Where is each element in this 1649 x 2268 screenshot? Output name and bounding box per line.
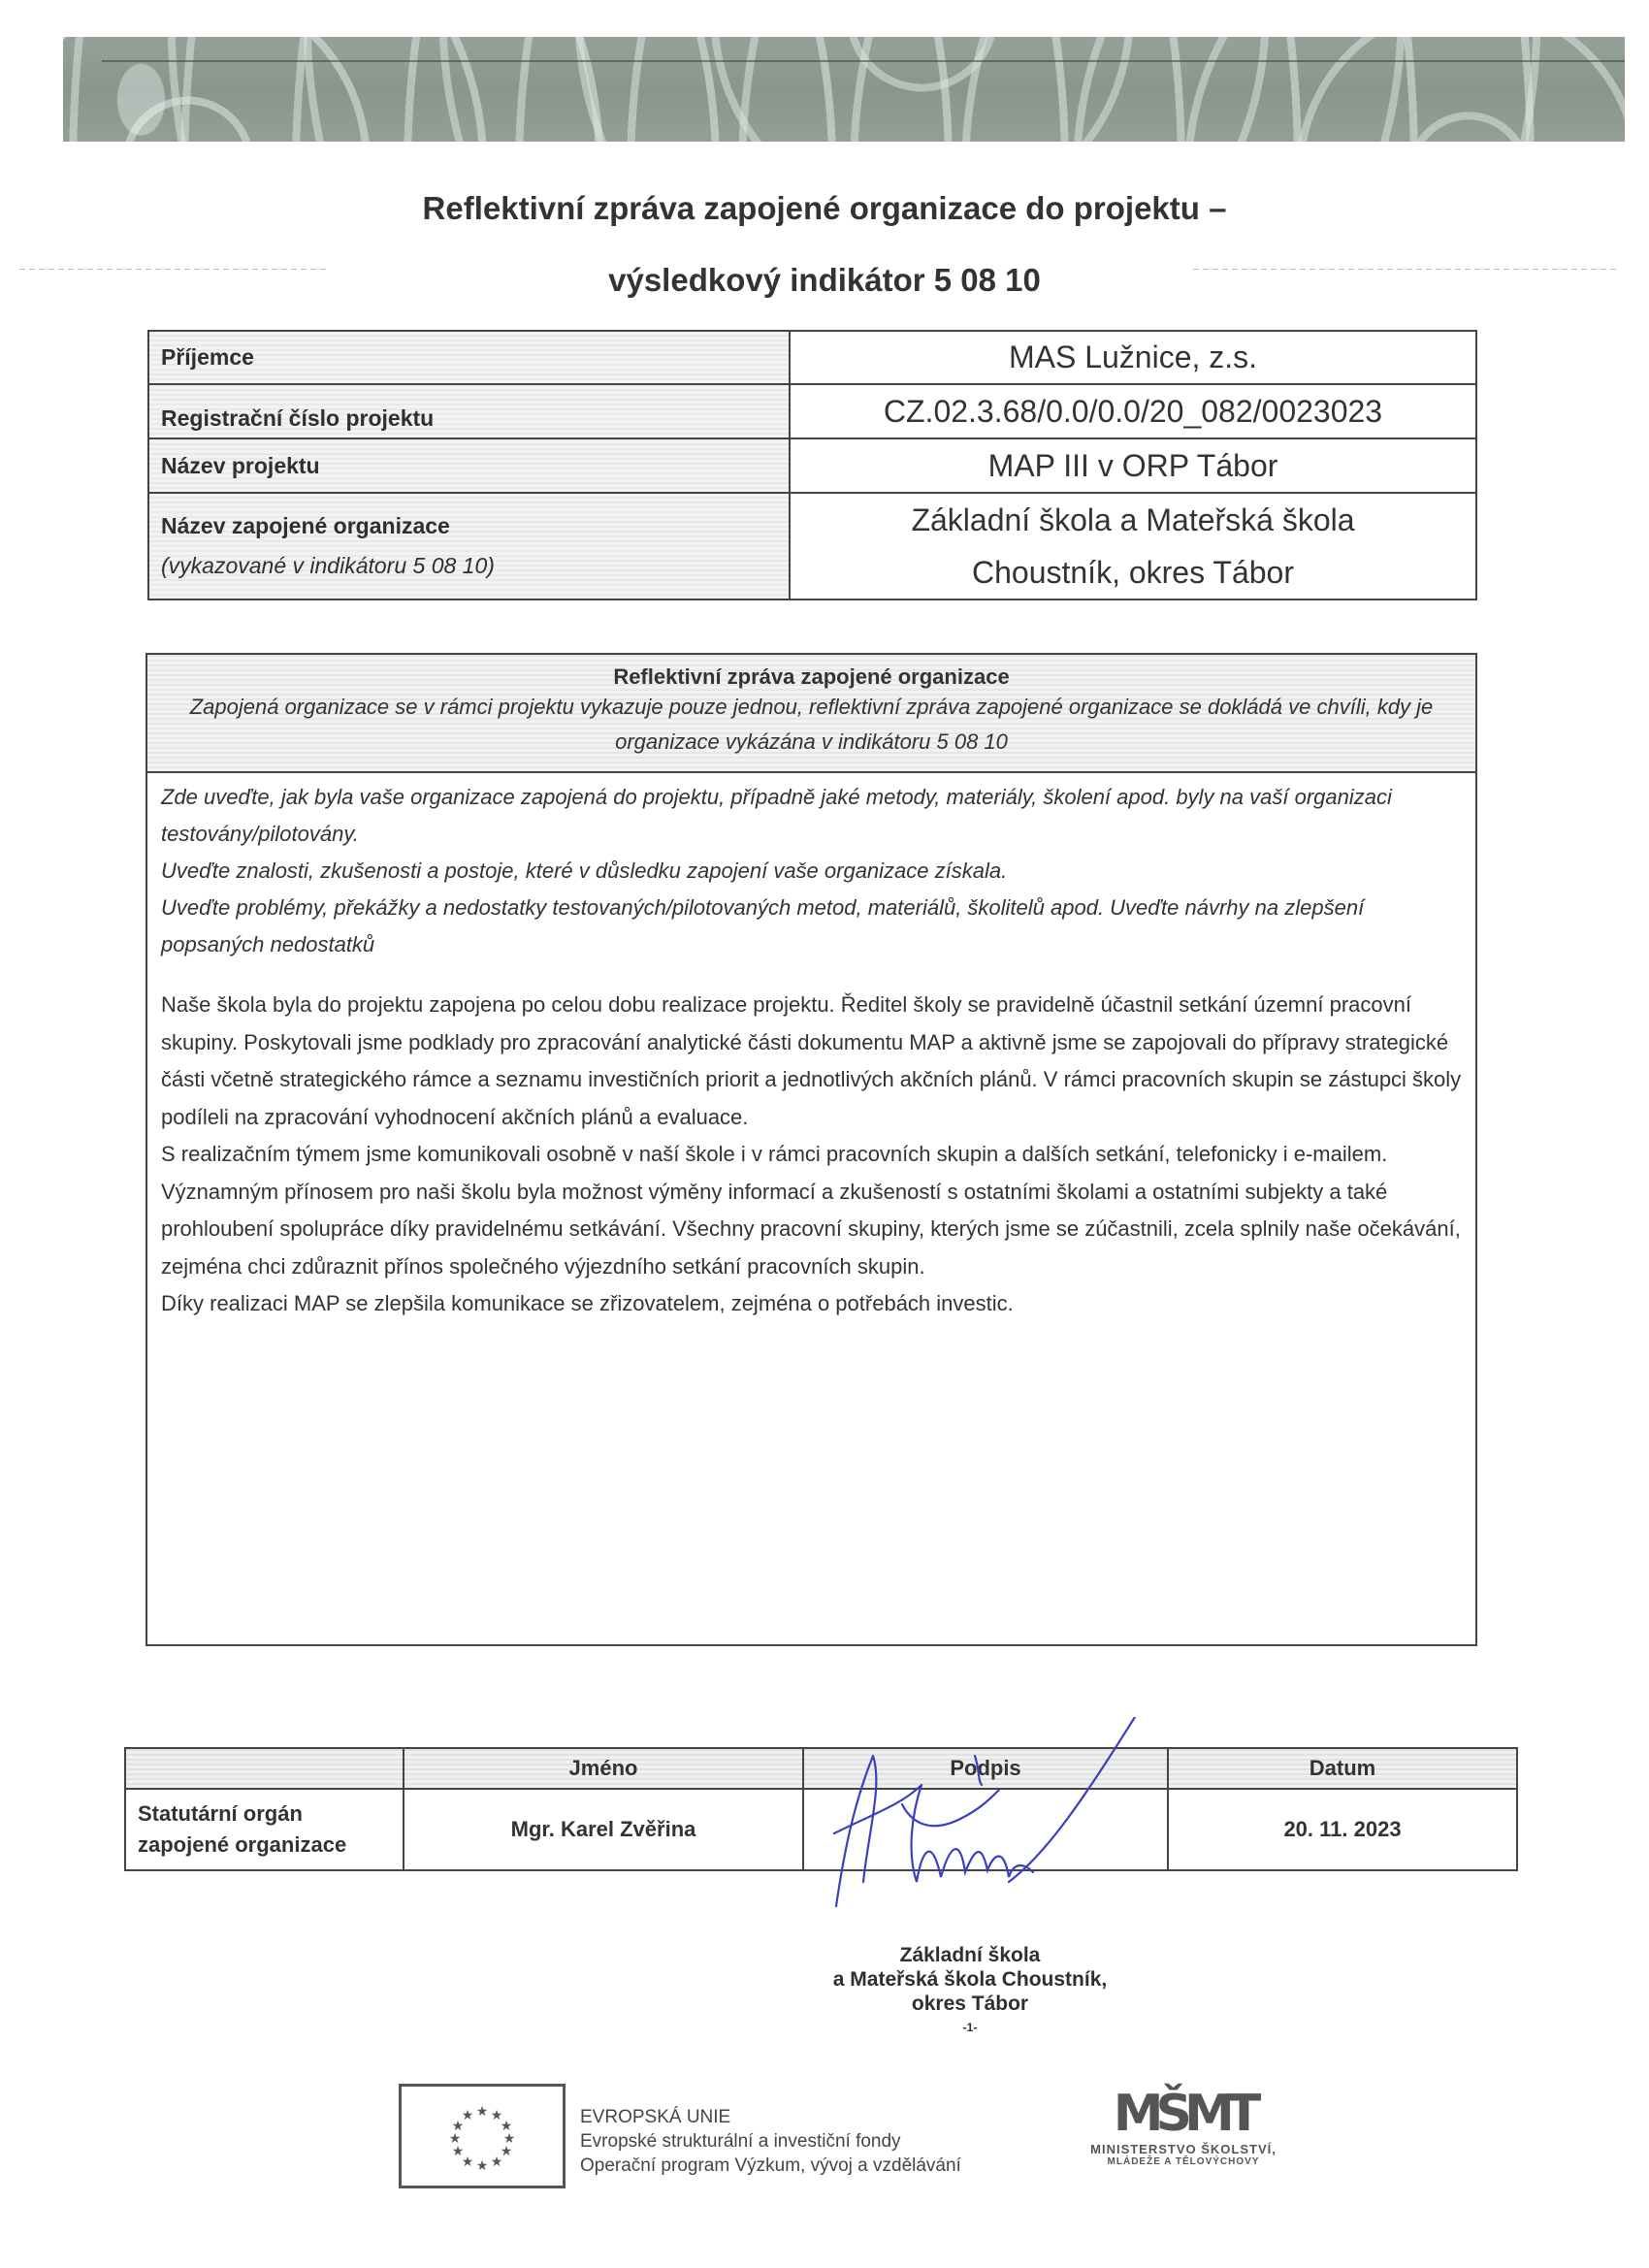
svg-text:★: ★ bbox=[491, 2155, 503, 2170]
statutory-body-label: Statutární orgán zapojené organizace bbox=[125, 1789, 404, 1870]
answer-paragraph: Naše škola byla do projektu zapojena po … bbox=[161, 987, 1464, 1136]
info-value: MAS Lužnice, z.s. bbox=[790, 331, 1476, 384]
header-banner bbox=[63, 37, 1625, 142]
info-row-recipient: Příjemce MAS Lužnice, z.s. bbox=[148, 331, 1476, 384]
eu-funding-text: EVROPSKÁ UNIE Evropské strukturální a in… bbox=[580, 2105, 961, 2178]
info-label: Název zapojené organizace bbox=[161, 513, 450, 538]
info-label: Název projektu bbox=[148, 438, 790, 493]
eu-line: Evropské strukturální a investiční fondy bbox=[580, 2129, 961, 2154]
report-subheading: Zapojená organizace se v rámci projektu … bbox=[147, 690, 1475, 760]
msmt-logo: MŠMT MINISTERSTVO ŠKOLSTVÍ, MLÁDEŽE A TĚ… bbox=[1057, 2086, 1309, 2167]
handwritten-signature bbox=[815, 1717, 1183, 1911]
eu-flag-icon: ★★★ ★★★ ★★★ ★★★ bbox=[399, 2084, 566, 2188]
project-info-table: Příjemce MAS Lužnice, z.s. Registrační č… bbox=[147, 330, 1477, 600]
svg-text:★: ★ bbox=[476, 2158, 489, 2174]
svg-text:★: ★ bbox=[462, 2108, 474, 2123]
reflective-report-box: Reflektivní zpráva zapojené organizace Z… bbox=[145, 653, 1477, 1646]
msmt-line: MLÁDEŽE A TĚLOVÝCHOVY bbox=[1057, 2156, 1309, 2167]
info-label: Příjemce bbox=[148, 331, 790, 384]
info-row-project-name: Název projektu MAP III v ORP Tábor bbox=[148, 438, 1476, 493]
eu-line: EVROPSKÁ UNIE bbox=[580, 2105, 961, 2129]
msmt-line: MINISTERSTVO ŠKOLSTVÍ, bbox=[1057, 2142, 1309, 2156]
info-value-line: Choustník, okres Tábor bbox=[802, 546, 1464, 599]
info-label-cell: Název zapojené organizace (vykazované v … bbox=[148, 493, 790, 599]
page-number: -1- bbox=[757, 2016, 1183, 2040]
info-row-organization: Název zapojené organizace (vykazované v … bbox=[148, 493, 1476, 599]
answer-paragraph: Významným přínosem pro naši školu byla m… bbox=[161, 1174, 1464, 1286]
signature-date: 20. 11. 2023 bbox=[1168, 1789, 1517, 1870]
signatory-name: Mgr. Karel Zvěřina bbox=[404, 1789, 803, 1870]
school-stamp: Základní škola a Mateřská škola Choustní… bbox=[757, 1943, 1183, 2040]
report-answer: Naše škola byla do projektu zapojena po … bbox=[147, 963, 1475, 1323]
stamp-line: a Mateřská škola Choustník, bbox=[757, 1967, 1183, 1992]
row-label-line: zapojené organizace bbox=[138, 1830, 402, 1861]
instruction-paragraph: Zde uveďte, jak byla vaše organizace zap… bbox=[161, 779, 1464, 853]
stamp-line: okres Tábor bbox=[757, 1992, 1183, 2016]
info-value-line: Základní škola a Mateřská škola bbox=[802, 494, 1464, 546]
answer-paragraph: Díky realizaci MAP se zlepšila komunikac… bbox=[161, 1285, 1464, 1323]
info-label: Registrační číslo projektu bbox=[148, 384, 790, 438]
stamp-line: Základní škola bbox=[757, 1943, 1183, 1967]
document-title-line1: Reflektivní zpráva zapojené organizace d… bbox=[0, 190, 1649, 227]
msmt-logo-mark: MŠMT bbox=[1057, 2086, 1309, 2142]
banner-line bbox=[102, 60, 1625, 62]
document-title-line2: výsledkový indikátor 5 08 10 bbox=[0, 262, 1649, 299]
info-label-note: (vykazované v indikátoru 5 08 10) bbox=[161, 553, 777, 579]
info-value-cell: Základní škola a Mateřská škola Choustní… bbox=[790, 493, 1476, 599]
eu-line: Operační program Výzkum, vývoj a vzděláv… bbox=[580, 2154, 961, 2178]
report-heading: Reflektivní zpráva zapojené organizace bbox=[147, 655, 1475, 690]
report-instructions: Zde uveďte, jak byla vaše organizace zap… bbox=[147, 773, 1475, 963]
info-value: CZ.02.3.68/0.0/0.0/20_082/0023023 bbox=[790, 384, 1476, 438]
instruction-paragraph: Uveďte problémy, překážky a nedostatky t… bbox=[161, 890, 1464, 963]
instruction-paragraph: Uveďte znalosti, zkušenosti a postoje, k… bbox=[161, 853, 1464, 890]
header-date: Datum bbox=[1168, 1748, 1517, 1789]
row-label-line: Statutární orgán bbox=[138, 1798, 402, 1830]
header-empty bbox=[125, 1748, 404, 1789]
header-name: Jméno bbox=[404, 1748, 803, 1789]
info-value: MAP III v ORP Tábor bbox=[790, 438, 1476, 493]
report-header: Reflektivní zpráva zapojené organizace Z… bbox=[147, 655, 1475, 773]
svg-text:★: ★ bbox=[476, 2104, 489, 2120]
answer-paragraph: S realizačním týmem jsme komunikovali os… bbox=[161, 1136, 1464, 1174]
info-row-registration: Registrační číslo projektu CZ.02.3.68/0.… bbox=[148, 384, 1476, 438]
